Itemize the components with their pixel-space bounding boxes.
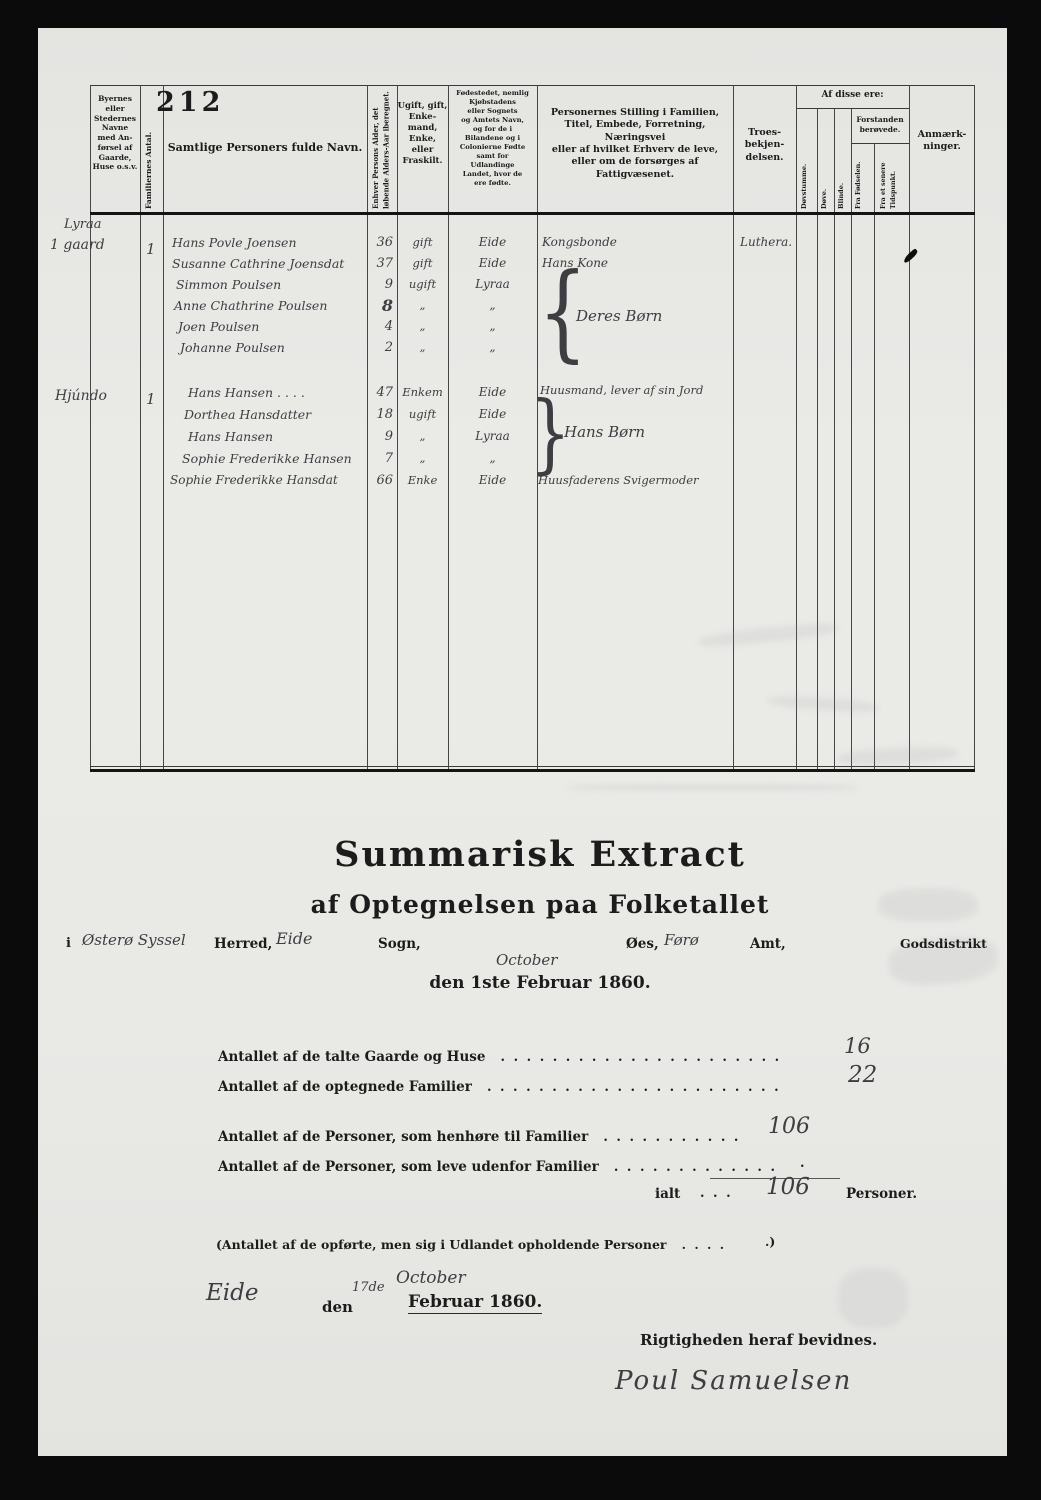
summary-row: Antallet af de optegnede Familier . . . … (218, 1076, 878, 1095)
col-header-mind-later: Fra et senere Tidspunkt. (879, 147, 905, 209)
person-birthplace: Eide (448, 473, 537, 487)
person-birthplace: Lyraa (448, 277, 537, 291)
person-name: Susanne Cathrine Joensdat (172, 256, 372, 271)
col-line-9 (817, 108, 818, 771)
person-name: Dorthea Hansdatter (184, 407, 394, 422)
form-island-handwritten: Førø (664, 931, 699, 949)
form-sogn-handwritten: Eide (276, 929, 313, 948)
dateline-den: den (322, 1298, 353, 1316)
total-unit: Personer. (846, 1186, 917, 1202)
col-header-notes: Anmærk- ninger. (909, 129, 975, 154)
table-close-thick-line (90, 769, 975, 772)
person-status: „ (397, 429, 448, 443)
abroad-label: (Antallet af de opførte, men sig i Udlan… (216, 1237, 667, 1252)
attestation-text: Rigtigheden heraf bevidnes. (640, 1331, 877, 1349)
person-status: „ (397, 298, 448, 312)
summary-value: 16 (844, 1034, 871, 1058)
total-value: 106 (766, 1174, 810, 1200)
person-name: Hans Povle Joensen (172, 235, 372, 250)
family-count-group2: 1 (146, 390, 156, 408)
scan-background: { "colors":{"paper":"#e9e9e6","ink":"#1c… (0, 0, 1041, 1500)
person-birthplace: Eide (448, 385, 537, 399)
person-age: 8 (367, 296, 393, 315)
person-status: gift (397, 256, 448, 270)
person-age: 9 (367, 429, 393, 444)
children-label-group1: Deres Børn (576, 307, 662, 325)
col-line-3 (367, 85, 368, 771)
dot-leader: . . . . . . . . . . . . . . . . . . . . … (491, 1050, 782, 1065)
person-status: ugift (397, 277, 448, 291)
person-name: Simmon Poulsen (176, 277, 376, 292)
header-bottom-line (90, 212, 975, 215)
summary-row: Antallet af de talte Gaarde og Huse . . … (218, 1046, 868, 1065)
month-correction-handwritten: October (496, 951, 557, 969)
person-birthplace: Eide (448, 256, 537, 270)
person-age: 47 (367, 385, 393, 400)
page-number: 212 (156, 87, 224, 118)
person-status: ugift (397, 407, 448, 421)
person-age: 18 (367, 407, 393, 422)
printed-date-line: den 1ste Februar 1860. (415, 973, 665, 993)
person-birthplace: Eide (448, 407, 537, 421)
col-line-13 (909, 85, 910, 771)
person-birthplace: Eide (448, 235, 537, 249)
dateline-month-handwritten: October (396, 1268, 466, 1288)
dateline-day-handwritten: 17de (352, 1280, 385, 1295)
col-line-12 (874, 143, 875, 771)
col-header-birthplace: Fødestedet, nemlig Kjøbstadens eller Sog… (448, 89, 537, 188)
ink-blot-mark (902, 248, 919, 264)
summary-value: 106 (768, 1114, 810, 1139)
person-birthplace: „ (448, 319, 537, 333)
dot-leader: . . . . . . . . . . . . . . . . . . . . … (477, 1080, 781, 1095)
form-label-amt: Amt, (750, 936, 786, 952)
person-birthplace: „ (448, 451, 537, 465)
children-label-group2: Hans Børn (564, 423, 645, 441)
person-status: „ (397, 340, 448, 354)
form-district-handwritten: Østerø Syssel (82, 931, 186, 949)
person-birthplace: Lyraa (448, 429, 537, 443)
person-name: Sophie Frederikke Hansdat (170, 473, 385, 487)
extract-subtitle: af Optegnelsen paa Folketallet (240, 890, 840, 919)
dateline-place-handwritten: Eide (206, 1280, 258, 1306)
col-line-11 (851, 108, 852, 771)
col-header-position: Personernes Stilling i Familien, Titel, … (537, 107, 733, 181)
person-age: 66 (367, 473, 393, 488)
summary-value: 22 (848, 1062, 877, 1088)
col-line-5 (448, 85, 449, 771)
person-status: Enkem (395, 385, 450, 399)
col-header-mind: Forstanden berøvede. (851, 115, 909, 135)
signature: Poul Samuelsen (615, 1366, 852, 1396)
col-line-1 (140, 85, 141, 771)
person-age: 2 (367, 340, 393, 355)
extract-title: Summarisk Extract (240, 834, 840, 875)
person-status: „ (397, 451, 448, 465)
faith-group1: Luthera. (740, 235, 792, 249)
bleed-through-smudge (838, 1268, 908, 1328)
col-header-blind: Blinde. (837, 115, 845, 209)
person-age: 7 (367, 451, 393, 466)
place-name-group1-line2: 1 gaard (50, 237, 105, 253)
census-table: Byernes eller Stedernes Navne med An- fø… (90, 85, 975, 775)
col-header-age: Enhver Persons Alder, det løbende Alders… (371, 89, 395, 209)
col-header-family: Familiernes Antal. (144, 97, 154, 209)
abroad-close-paren: .) (765, 1234, 775, 1249)
col-line-8 (796, 85, 797, 771)
col-line-7 (733, 85, 734, 771)
person-birthplace: „ (448, 298, 537, 312)
bleed-through-smudge (878, 888, 978, 922)
abroad-dot-leader: . . . . (672, 1237, 726, 1252)
col-header-place: Byernes eller Stedernes Navne med An- fø… (91, 94, 139, 172)
dot-leader: . . . . . . . . . . . . . (604, 1160, 777, 1175)
table-right-line (974, 85, 975, 771)
form-label-oes: Øes, (626, 936, 659, 952)
person-age: 37 (367, 256, 393, 271)
summary-label: Antallet af de talte Gaarde og Huse (218, 1049, 485, 1065)
person-position: Huusfaderens Svigermoder (538, 473, 699, 487)
mind-underline (851, 143, 909, 144)
bleed-through-line (568, 786, 858, 789)
table-close-thin-line (90, 766, 975, 767)
form-label-herred: Herred, (214, 936, 272, 952)
summary-label: Antallet af de Personer, som henhøre til… (218, 1129, 588, 1145)
form-prefix: i (66, 936, 71, 951)
table-top-line (90, 85, 975, 86)
total-label: ialt (655, 1186, 680, 1202)
dot-leader: . . . . . . . . . . . (593, 1130, 740, 1145)
table-left-line (90, 85, 91, 771)
person-position: Kongsbonde (542, 235, 617, 249)
summary-label: Antallet af de Personer, som leve udenfo… (218, 1159, 599, 1175)
summary-row: Antallet af de Personer, som leve udenfo… (218, 1156, 838, 1175)
place-name-group1-line1: Lyraa (64, 217, 101, 232)
place-name-group2: Hjúndo (55, 388, 107, 404)
of-these-underline (796, 108, 909, 109)
col-header-status: Ugift, gift, Enke- mand, Enke, eller Fra… (397, 101, 448, 167)
col-header-deaf: Døve. (820, 115, 828, 209)
summary-value-blank: . (800, 1156, 805, 1171)
dateline-printed-date: Februar 1860. (408, 1292, 542, 1314)
col-line-2 (163, 85, 164, 771)
col-line-4 (397, 85, 398, 771)
person-age: 9 (367, 277, 393, 292)
person-name: Anne Chathrine Poulsen (174, 298, 374, 313)
census-form-page: Byernes eller Stedernes Navne med An- fø… (38, 28, 1007, 1456)
person-age: 4 (367, 319, 393, 334)
person-name: Sophie Frederikke Hansen (182, 451, 392, 466)
summary-label: Antallet af de optegnede Familier (218, 1079, 472, 1095)
col-line-10 (834, 108, 835, 771)
person-name: Johanne Poulsen (180, 340, 380, 355)
form-label-godsdistrikt: Godsdistrikt (900, 936, 987, 951)
abroad-row: (Antallet af de opførte, men sig i Udlan… (216, 1234, 816, 1253)
family-count-group1: 1 (146, 240, 156, 258)
total-dot-leader: . . . (700, 1186, 733, 1201)
person-age: 36 (367, 235, 393, 250)
person-birthplace: „ (448, 340, 537, 354)
col-header-faith: Troes- bekjen- delsen. (733, 127, 796, 164)
person-status: Enke (397, 473, 448, 487)
person-status: gift (397, 235, 448, 249)
person-status: „ (397, 319, 448, 333)
col-header-mind-from-birth: Fra Fødselen. (855, 147, 863, 209)
col-header-name: Samtlige Personers fulde Navn. (163, 141, 367, 155)
col-header-of-these: Af disse ere: (796, 90, 909, 102)
col-header-deafmute: Døvstumme. (800, 115, 808, 209)
person-name: Joen Poulsen (178, 319, 378, 334)
summary-row: Antallet af de Personer, som henhøre til… (218, 1126, 818, 1145)
form-label-sogn: Sogn, (378, 936, 421, 952)
